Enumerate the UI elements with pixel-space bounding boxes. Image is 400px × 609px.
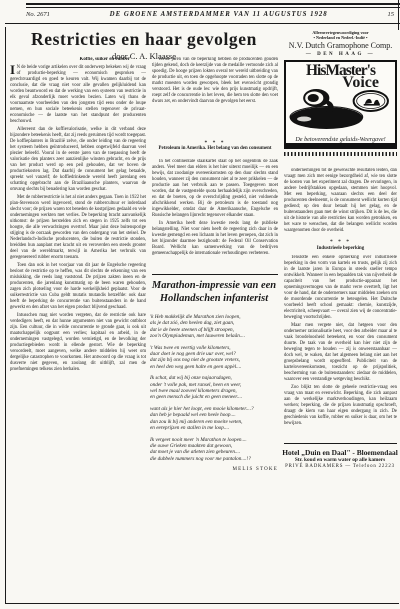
body-paragraph: Toen dan ook in het voorjaar van dit jaa…: [10, 263, 146, 311]
column-3-heading: Industrieele beperking: [284, 246, 397, 252]
poem-line: en heel den weg geen halte en geen appèl…: [150, 364, 288, 370]
poem-signature: MELIS STOKE: [140, 467, 288, 472]
column-1-subhead: Koffie, suiker en rubber: [10, 57, 146, 63]
column-2-body: In het continentale staalkartel staat op…: [152, 159, 278, 270]
poem-line: die dubbele nummers nog voor me pantalon…: [150, 456, 288, 462]
body-paragraph: Met de rubberrestrictie is het al niet a…: [10, 195, 146, 261]
body-paragraph: In het continentale staalkartel staat op…: [152, 159, 278, 219]
poem-title: Marathon-impressie van een Hollandschen …: [140, 280, 288, 305]
body-paragraph: Allereerst dan de koffievalorisatie, wel…: [10, 127, 146, 193]
column-3-body: Tenslotte een enkele opmerking over indu…: [284, 255, 397, 438]
hatched-divider: [284, 152, 397, 156]
poem-stanza: 'k Heb makkelijk die Marathon zien loope…: [140, 314, 288, 340]
poem-line: en geen mensch die juicht en geen meneer…: [150, 394, 288, 400]
hotel-name: Hotel „Duin en Daal" - Bloemendaal: [282, 448, 398, 457]
hotel-feature-line: Str. koud en warm water op alle kamers: [282, 457, 398, 464]
poem-title-line2: Hollandschen infanterist: [140, 293, 288, 306]
poem-stanza: 't Was twee en veertig volle kilometers,…: [140, 345, 288, 371]
body-paragraph: Zoo blijkt ten slotte de geheele restric…: [284, 385, 397, 427]
column-2-top: eerste jaren van de beperking hebben de …: [152, 57, 278, 140]
section-separator-2: * * *: [284, 239, 397, 245]
page-number: 15: [388, 11, 395, 18]
hotel-contact-line: PRIVÉ BADKAMERS — Telefoon 22223: [282, 464, 398, 471]
hotel-ad-top-rule: [284, 443, 397, 444]
frame-left: [5, 27, 6, 604]
poem-line: en eereprijzen en stallen in me loop....: [150, 425, 288, 431]
column-1-body: Allereerst dan de koffievalorisatie, wel…: [10, 127, 146, 373]
masthead: DE GROENE AMSTERDAMMER VAN 11 AUGUSTUS 1…: [110, 11, 328, 18]
newspaper-page: No. 2671 DE GROENE AMSTERDAMMER VAN 11 A…: [0, 0, 400, 609]
hmv-city: — DEN HAAG —: [284, 51, 397, 58]
frame-right: [398, 0, 399, 30]
poem-title-line1: Marathon-impressie van een: [140, 280, 288, 293]
hmv-company-name: N.V. Dutch Gramophone Comp.: [284, 41, 397, 51]
body-paragraph: Maar men vergete niet, dat hetgeen voor …: [284, 323, 397, 383]
poem-stanzas: 'k Heb makkelijk die Marathon zien loope…: [140, 314, 288, 462]
hmv-box-bottom-band: [286, 143, 395, 147]
poem-stanza: Ik schat, dat wij bij onze najaarsdagen,…: [140, 375, 288, 401]
poem-stanza: want als je hier het loopt, een mooie ki…: [140, 406, 288, 432]
poem-block: Marathon-impressie van een Hollandschen …: [140, 280, 288, 472]
column-2-heading: Petroleum in Amerika. Het belang van den…: [158, 146, 272, 152]
frame-bottom: [5, 603, 399, 604]
article-title: Restricties en haar gevolgen: [10, 29, 278, 50]
poem-line: zoo'n Olympiademan, met lauweren belaân.…: [150, 333, 288, 339]
body-paragraph: Intusschen mag niet worden vergeten, dat…: [10, 313, 146, 373]
column-1: Koffie, suiker en rubber IN de beide vor…: [10, 57, 146, 595]
poem-top-rule: [152, 274, 278, 275]
lead-paragraph-text: N de beide vorige artikelen over dit ond…: [10, 65, 146, 124]
hmv-rep-line2: • Nederland en Nederl.-Indië •: [284, 35, 397, 40]
body-paragraph: eerste jaren van de beperking hebben de …: [152, 57, 278, 105]
hmv-slogan: De betoverendste geluids-Weergave!: [286, 136, 395, 143]
page-header: No. 2671 DE GROENE AMSTERDAMMER VAN 11 A…: [26, 11, 394, 18]
issue-number: No. 2671: [26, 11, 50, 18]
body-paragraph: ondernemingen tot de gewenschte resultat…: [284, 168, 397, 234]
lead-paragraph: IN de beide vorige artikelen over dit on…: [10, 65, 146, 125]
hmv-logo-box: HisMaster's Voice De betoverendste gelu: [284, 60, 397, 149]
top-edge-rule: [26, 3, 400, 5]
poem-stanza: Ik vergeet nooit meer 'n Marathon te loo…: [140, 437, 288, 463]
body-paragraph: Tenslotte een enkele opmerking over indu…: [284, 255, 397, 321]
hotel-advertisement: Hotel „Duin en Daal" - Bloemendaal Str. …: [282, 448, 398, 471]
gramophone-illustration-icon: [286, 88, 395, 130]
body-paragraph: In Amerika heeft deze kwestie reeds lang…: [152, 221, 278, 257]
top-edge-rule-2: [26, 7, 400, 8]
hmv-advertisement: Alleenvertegenwoordiging voor • Nederlan…: [284, 30, 397, 156]
column-3-top: ondernemingen tot de gewenschte resultat…: [284, 168, 397, 237]
header-rule: [5, 23, 400, 24]
